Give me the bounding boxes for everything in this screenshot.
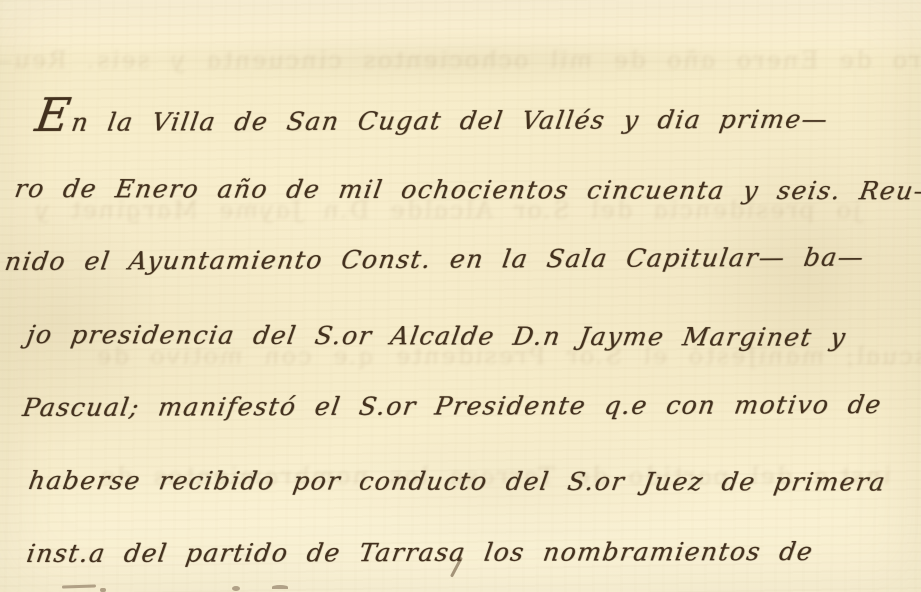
- manuscript-lines: En la Villa de San Cugat del Vallés y di…: [0, 79, 921, 590]
- manuscript-page: ro de Enero año de mil ochocientos cincu…: [0, 0, 921, 592]
- manuscript-line: haberse recibido por conducto del S.or J…: [23, 444, 921, 519]
- manuscript-line: inst.a del partido de Tarrasa los nombra…: [21, 515, 921, 590]
- manuscript-line: Pascual; manifestó el S.or Presidente q.…: [17, 368, 921, 444]
- manuscript-line: ro de Enero año de mil ochocientos cincu…: [9, 152, 921, 227]
- manuscript-line: En la Villa de San Cugat del Vallés y di…: [30, 75, 921, 152]
- showthrough-writing: ro de Enero año de mil ochocientos cincu…: [0, 46, 921, 74]
- manuscript-line: jo presidencia del S.or Alcalde D.n Jaym…: [21, 298, 921, 374]
- manuscript-line: nido el Ayuntamiento Const. en la Sala C…: [0, 220, 921, 298]
